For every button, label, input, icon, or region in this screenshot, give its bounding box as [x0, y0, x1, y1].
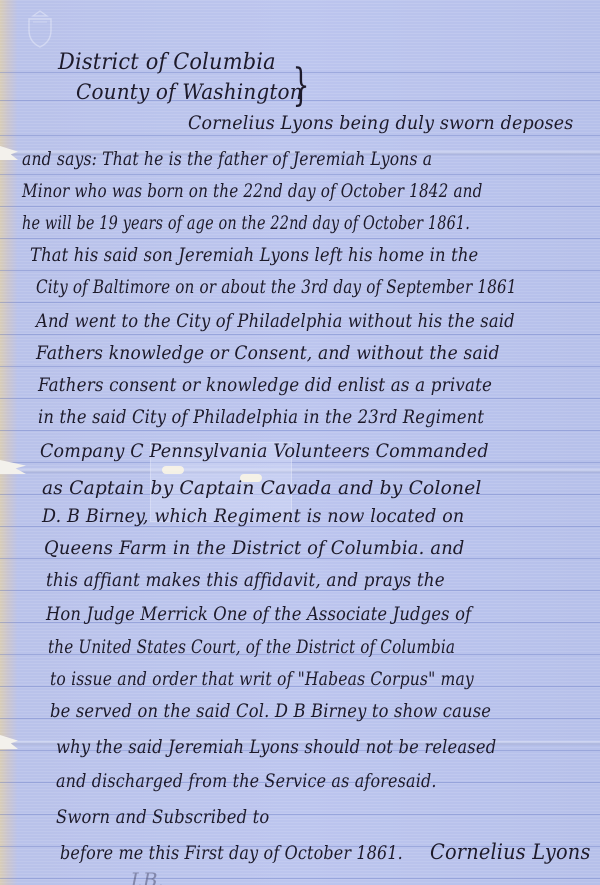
- ruled-line: [0, 302, 600, 303]
- body-line: why the said Jeremiah Lyons should not b…: [56, 736, 496, 758]
- embossed-shield-icon: [25, 10, 55, 48]
- ruled-line: [0, 206, 600, 207]
- ruled-line: [0, 430, 600, 431]
- signature: Cornelius Lyons: [430, 840, 591, 864]
- body-line: he will be 19 years of age on the 22nd d…: [22, 212, 470, 234]
- ruled-line: [0, 270, 600, 271]
- document-page: District of Columbia County of Washingto…: [0, 0, 600, 885]
- body-line: and discharged from the Service as afore…: [56, 770, 437, 792]
- body-line: Sworn and Subscribed to: [56, 806, 269, 828]
- heading-jurisdiction: District of Columbia: [58, 50, 276, 75]
- ruled-line: [0, 878, 600, 879]
- ruled-line: [0, 398, 600, 399]
- body-line: That his said son Jeremiah Lyons left hi…: [30, 244, 478, 266]
- body-line: Fathers knowledge or Consent, and withou…: [36, 342, 500, 364]
- body-line: Fathers consent or knowledge did enlist …: [38, 374, 492, 396]
- body-line: be served on the said Col. D B Birney to…: [50, 700, 491, 722]
- tape-glint: [162, 466, 184, 474]
- ruled-line: [0, 135, 600, 136]
- clerk-initials: J.B.: [130, 868, 164, 885]
- ruled-line: [0, 366, 600, 367]
- body-line: Queens Farm in the District of Columbia.…: [44, 537, 465, 559]
- ruled-line: [0, 174, 600, 175]
- body-line: Minor who was born on the 22nd day of Oc…: [22, 180, 483, 202]
- body-line: and says: That he is the father of Jerem…: [22, 148, 432, 170]
- body-line: before me this First day of October 1861…: [60, 842, 403, 864]
- body-line: Cornelius Lyons being duly sworn deposes: [188, 112, 573, 134]
- heading-brace: }: [293, 60, 310, 111]
- body-line: the United States Court, of the District…: [48, 636, 455, 658]
- body-line: as Captain by Captain Cavada and by Colo…: [42, 477, 482, 499]
- body-line: City of Baltimore on or about the 3rd da…: [36, 276, 517, 298]
- body-line: And went to the City of Philadelphia wit…: [36, 310, 515, 332]
- heading-county: County of Washington: [76, 80, 303, 104]
- paper-fold: [0, 468, 600, 474]
- body-line: this affiant makes this affidavit, and p…: [46, 569, 445, 591]
- ruled-line: [0, 238, 600, 239]
- ruled-line: [0, 334, 600, 335]
- ruled-line: [0, 462, 600, 463]
- body-line: D. B Birney, which Regiment is now locat…: [42, 505, 464, 527]
- body-line: Hon Judge Merrick One of the Associate J…: [46, 603, 471, 625]
- body-line: to issue and order that writ of "Habeas …: [50, 668, 474, 690]
- body-line: in the said City of Philadelphia in the …: [38, 406, 484, 428]
- body-line: Company C Pennsylvania Volunteers Comman…: [40, 440, 489, 462]
